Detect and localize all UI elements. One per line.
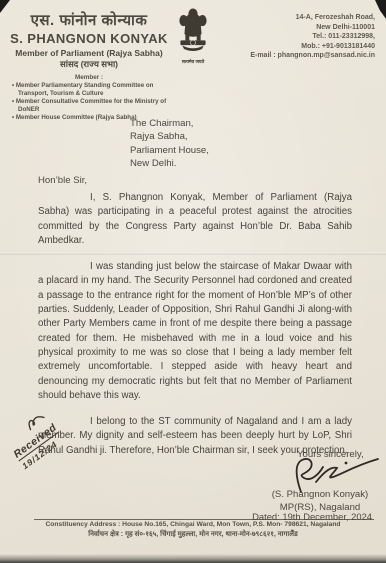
addressee-line: Rajya Sabha, [130, 130, 209, 143]
letterhead-identity-block: एस. फांनोन कोन्याक S. PHANGNON KONYAK Me… [8, 10, 170, 122]
constituency-address-english: Constituency Address : House No.165, Chi… [0, 521, 386, 528]
emblem-motto: सत्यमेव जयते [172, 59, 214, 65]
constituency-address-hindi: निर्वाचन क्षेत्र : गृह सं०-१६५, चिंगाई म… [0, 530, 386, 539]
contact-mobile: Mob.: +91-9013181440 [250, 42, 375, 52]
body-paragraph: I, S. Phangnon Konyak, Member of Parliam… [38, 191, 352, 248]
state-emblem-of-india-icon: सत्यमेव जयते [172, 7, 214, 65]
scan-corner-artifact [375, 0, 386, 19]
contact-email: E-mail : phangnon.mp@sansad.nic.in [250, 51, 375, 61]
letterhead-contact-block: 14-A, Ferozeshah Road, New Delhi-110001 … [250, 13, 375, 61]
mp-designation: Member of Parliament (Rajya Sabha) [8, 48, 170, 58]
salutation: Hon’ble Sir, [38, 175, 87, 186]
membership-item: Member Parliamentary Standing Committee … [12, 82, 168, 98]
contact-address-line: New Delhi-110001 [250, 23, 375, 33]
letter-date: Dated: 19th December, 2024 [252, 511, 372, 522]
scan-bottom-shadow [0, 554, 386, 563]
signatory-name: (S. Phangnon Konyak) [260, 489, 380, 500]
mp-name-english: S. PHANGNON KONYAK [8, 31, 170, 46]
addressee-line: Parliament House, [130, 144, 209, 157]
scanned-letter-page: एस. फांनोन कोन्याक S. PHANGNON KONYAK Me… [0, 0, 386, 563]
addressee-block: The Chairman, Rajya Sabha, Parliament Ho… [130, 117, 209, 171]
addressee-line: The Chairman, [130, 117, 209, 130]
contact-tel: Tel.: 011-23312998, [250, 32, 375, 42]
memberships-list: Member Parliamentary Standing Committee … [8, 82, 170, 122]
memberships-heading: Member : [8, 74, 170, 81]
mp-name-hindi: एस. फांनोन कोन्याक [8, 10, 170, 30]
body-paragraph: I was standing just below the staircase … [38, 260, 352, 403]
mp-designation-hindi: सांसद (राज्य सभा) [8, 59, 170, 70]
contact-address-line: 14-A, Ferozeshah Road, [250, 13, 375, 23]
letter-body: I, S. Phangnon Konyak, Member of Parliam… [38, 191, 352, 470]
addressee-line: New Delhi. [130, 157, 209, 170]
membership-item: Member Consultative Committee for the Mi… [12, 98, 170, 114]
